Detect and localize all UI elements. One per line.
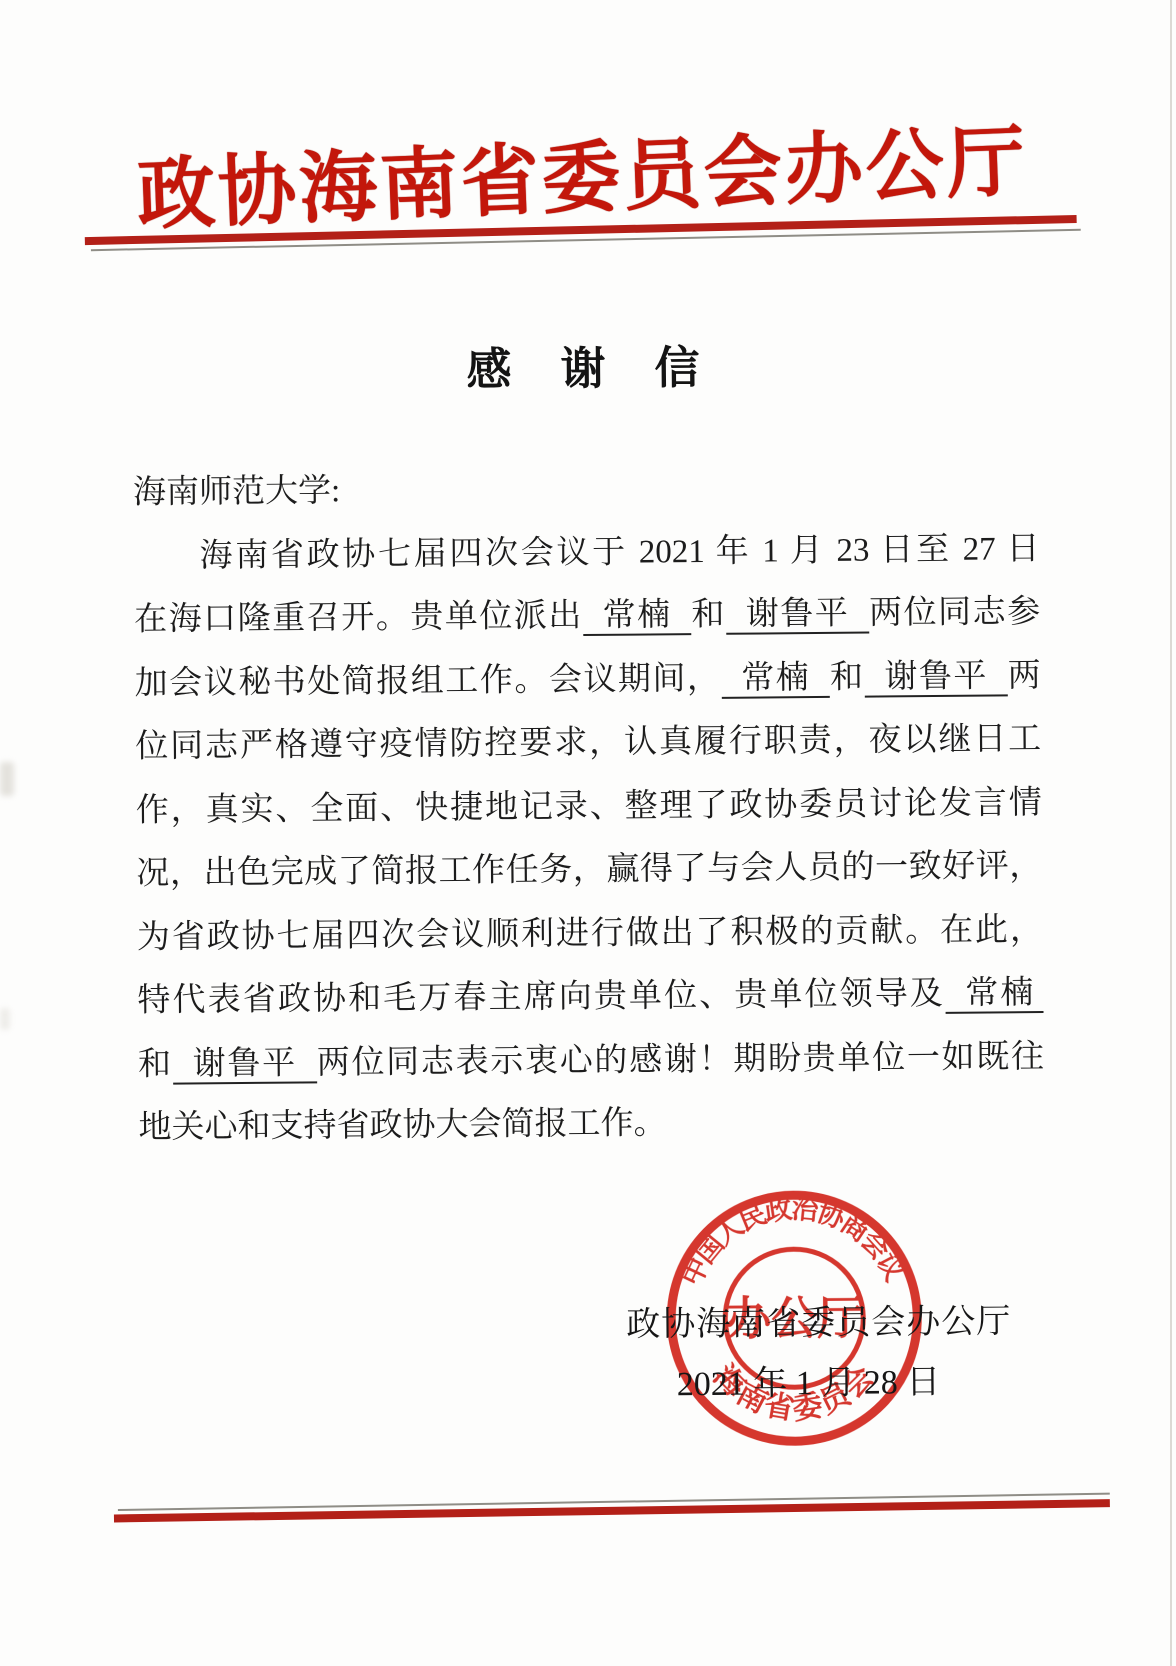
scanned-letter-page: 政协海南省委员会办公厅 感 谢 信 海南师范大学: 海南省政协七届四次会议于 2… [0,0,1176,1666]
text-segment: 加会议秘书处简报组工作。会议期间， [135,660,722,701]
body-line: 加会议秘书处简报组工作。会议期间， 常楠 和 谢鲁平 两 [134,645,1041,716]
text-segment: 地关心和支持省政协大会简报工作。 [138,1105,666,1146]
text-segment: 海南省政协七届四次会议于 2021 年 1 月 23 日至 27 日 [199,531,1039,574]
text-segment: 位同志严格遵守疫情防控要求，认真履行职责，夜以继日工 [135,721,1041,765]
body-line: 在海口隆重召开。贵单位派出 常楠 和 谢鲁平 两位同志参 [134,581,1041,652]
body-line: 地关心和支持省政协大会简报工作。 [138,1089,1045,1160]
text-segment: 为省政协七届四次会议顺利进行做出了积极的贡献。在此， [137,912,1043,956]
text-segment: 作，真实、全面、快捷地记录、整理了政协委员讨论发言情 [136,785,1042,829]
text-segment: 和 [691,597,726,633]
text-segment: 在海口隆重召开。贵单位派出 [134,598,583,638]
body-text: 海南师范大学: 海南省政协七届四次会议于 2021 年 1 月 23 日至 27… [133,454,1045,1160]
text-segment: 两位同志参 [869,594,1040,631]
underlined-name: 谢鲁平 [173,1045,317,1084]
text-segment: 特代表省政协和毛万春主席向贵单位、贵单位领导及 [137,976,945,1019]
underlined-name: 谢鲁平 [726,596,869,635]
underlined-name: 常楠 [721,659,830,698]
underlined-name: 谢鲁平 [864,658,1007,697]
text-segment: 况，出色完成了简报工作任务，赢得了与会人员的一致好评， [136,848,1042,892]
document-title: 感 谢 信 [0,327,1172,402]
body-line: 位同志严格遵守疫情防控要求，认真履行职责，夜以继日工 [135,708,1042,779]
body-line: 为省政协七届四次会议顺利进行做出了积极的贡献。在此， [137,899,1044,970]
salutation: 海南师范大学: [133,454,1040,525]
body-line: 和 谢鲁平 两位同志表示衷心的感谢！期盼贵单位一如既往 [138,1026,1045,1097]
letter-content: 政协海南省委员会办公厅 感 谢 信 海南师范大学: 海南省政协七届四次会议于 2… [0,0,1176,1666]
body-line: 作，真实、全面、快捷地记录、整理了政协委员讨论发言情 [136,772,1043,843]
text-segment: 和 [138,1046,173,1082]
underlined-name: 常楠 [583,597,692,636]
body-line: 特代表省政协和毛万春主席向贵单位、贵单位领导及 常楠 [137,962,1044,1033]
body-line: 海南省政协七届四次会议于 2021 年 1 月 23 日至 27 日 [133,518,1040,589]
text-segment: 两位同志表示衷心的感谢！期盼贵单位一如既往 [317,1039,1045,1081]
signature-date: 2021 年 1 月 28 日 [677,1354,941,1405]
body-line: 况，出色完成了简报工作任务，赢得了与会人员的一致好评， [136,835,1043,906]
underlined-name: 常楠 [945,975,1044,1014]
signature-org: 政协海南省委员会办公厅 [626,1293,1011,1345]
seal-top-text: 中国人民政治协商会议 [676,1192,911,1290]
text-segment: 和 [830,659,865,695]
text-segment: 两 [1008,658,1041,694]
